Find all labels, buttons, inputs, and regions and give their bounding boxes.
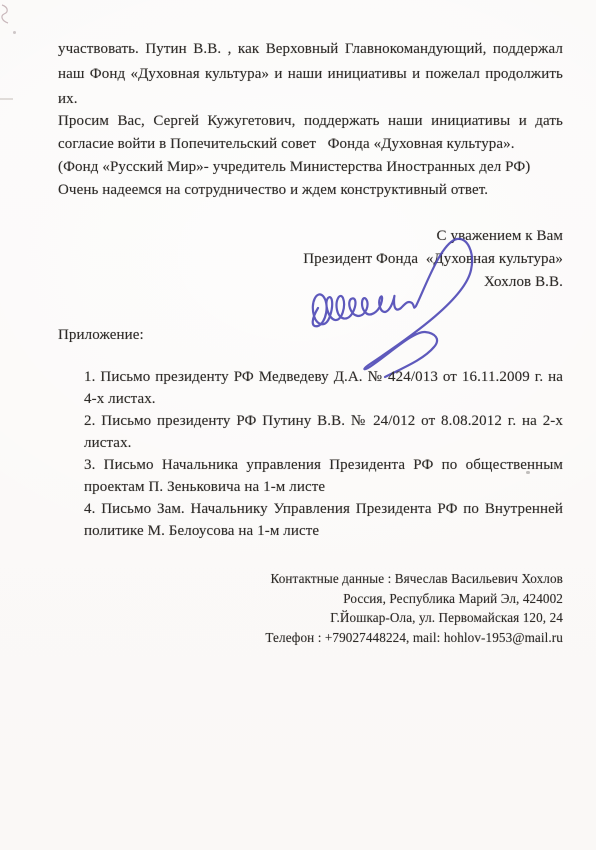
text-line: 1. Письмо президенту РФ Медведеву Д.А. №… bbox=[84, 366, 563, 388]
contact-phone-email-line: Телефон : +79027448224, mail: hohlov-195… bbox=[265, 628, 563, 648]
attachments-heading: Приложение: bbox=[58, 327, 144, 344]
scanned-letter-page: участвовать. Путин В.В. , как Верховный … bbox=[0, 0, 596, 850]
scan-speck-icon bbox=[0, 98, 13, 100]
scan-speck-icon bbox=[0, 3, 14, 25]
contact-details-block: Контактные данные : Вячеслав Васильевич … bbox=[265, 569, 563, 647]
text-line: (Фонд «Русский Мир»- учредитель Министер… bbox=[58, 156, 563, 179]
closing-salutation: С уважением к Вам bbox=[303, 225, 563, 248]
text-line: Очень надеемся на сотрудничество и ждем … bbox=[58, 179, 563, 202]
attachment-item: 4. Письмо Зам. Начальнику Управления Пре… bbox=[84, 498, 563, 542]
text-line: наш Фонд «Духовная культура» и наши иниц… bbox=[58, 62, 563, 87]
text-line: 4. Письмо Зам. Начальнику Управления Пре… bbox=[84, 498, 563, 520]
text-line: согласие войти в Попечительский совет Фо… bbox=[58, 133, 563, 156]
text-line: участвовать. Путин В.В. , как Верховный … bbox=[58, 37, 563, 62]
text-line: 4-х листах. bbox=[84, 388, 563, 410]
contact-address-line: Г.Йошкар-Ола, ул. Первомайская 120, 24 bbox=[265, 608, 563, 628]
closing-name: Хохлов В.В. bbox=[303, 271, 563, 294]
contact-name-line: Контактные данные : Вячеслав Васильевич … bbox=[265, 569, 563, 589]
attachment-item: 2. Письмо президенту РФ Путину В.В. № 24… bbox=[84, 410, 563, 454]
attachment-item: 3. Письмо Начальника управления Президен… bbox=[84, 454, 563, 498]
text-line: их. bbox=[58, 87, 563, 112]
closing-block: С уважением к Вам Президент Фонда «Духов… bbox=[303, 225, 563, 294]
contact-region-line: Россия, Республика Марий Эл, 424002 bbox=[265, 589, 563, 609]
text-line: 2. Письмо президенту РФ Путину В.В. № 24… bbox=[84, 410, 563, 432]
attachments-list: 1. Письмо президенту РФ Медведеву Д.А. №… bbox=[84, 366, 563, 542]
closing-title: Президент Фонда «Духовная культура» bbox=[303, 248, 563, 271]
scan-speck-icon bbox=[13, 31, 16, 34]
paragraph-main-1: участвовать. Путин В.В. , как Верховный … bbox=[58, 37, 563, 112]
text-line: Просим Вас, Сергей Кужугетович, поддержа… bbox=[58, 110, 563, 133]
text-line: 3. Письмо Начальника управления Президен… bbox=[84, 454, 563, 476]
paragraph-main-2: Просим Вас, Сергей Кужугетович, поддержа… bbox=[58, 110, 563, 202]
text-line: листах. bbox=[84, 432, 563, 454]
attachment-item: 1. Письмо президенту РФ Медведеву Д.А. №… bbox=[84, 366, 563, 410]
text-line: проектам П. Зеньковича на 1-м листе bbox=[84, 476, 563, 498]
text-line: политике М. Белоусова на 1-м листе bbox=[84, 520, 563, 542]
